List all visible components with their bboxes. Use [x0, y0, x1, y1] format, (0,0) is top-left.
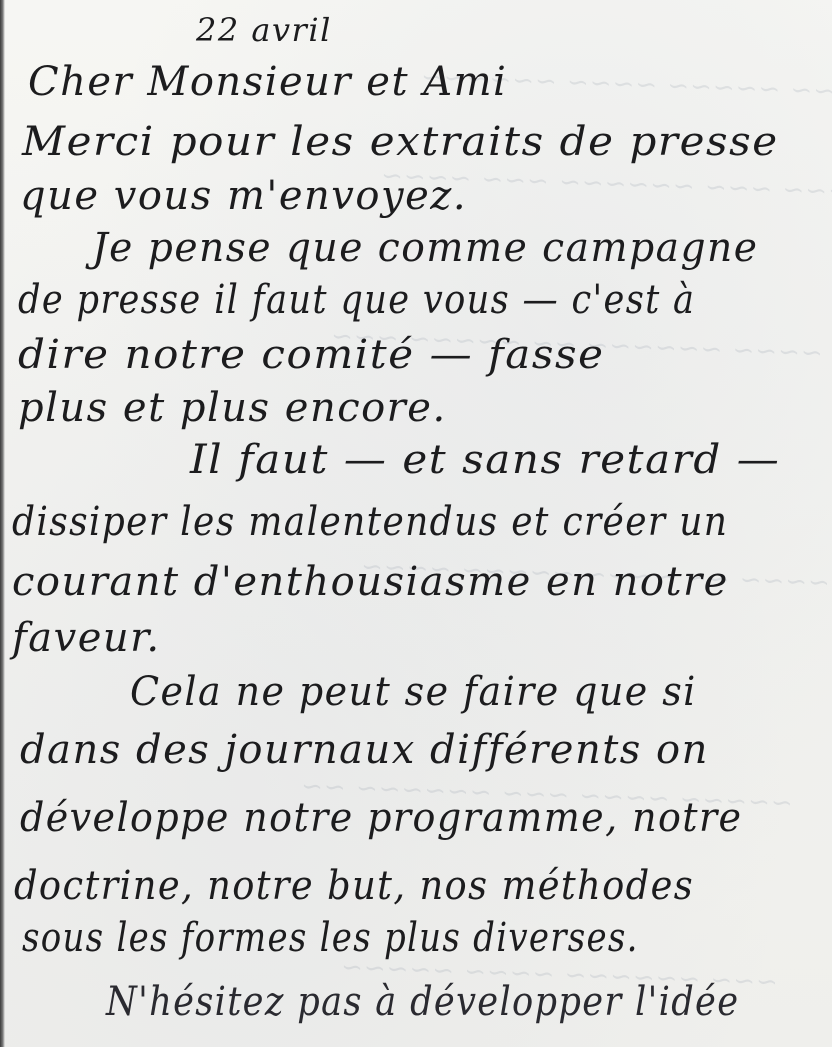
letter-line: plus et plus encore.: [18, 388, 447, 428]
letter-line: dire notre comité — fasse: [18, 335, 605, 375]
letter-line: développe notre programme, notre: [20, 798, 742, 838]
letter-page: ~~~ ~~~~~ ~~~~ ~~~~~~ ~~~~~ ~~~ ~~~~~~ ~…: [0, 0, 832, 1047]
letter-line: N'hésitez pas à développer l'idée: [106, 982, 739, 1022]
letter-date: 22 avril: [196, 14, 332, 46]
letter-line: de presse il faut que vous — c'est à: [18, 280, 695, 320]
letter-line: Cela ne peut se faire que si: [130, 672, 697, 712]
letter-line: courant d'enthousiasme en notre: [12, 562, 729, 602]
letter-line: sous les formes les plus diverses.: [22, 918, 639, 958]
letter-line: Merci pour les extraits de presse: [22, 122, 779, 162]
letter-line: faveur.: [12, 618, 161, 658]
letter-line: doctrine, notre but, nos méthodes: [14, 866, 694, 906]
page-left-edge-shadow: [0, 0, 5, 1047]
letter-line: que vous m'envoyez.: [20, 176, 467, 216]
letter-salutation: Cher Monsieur et Ami: [28, 62, 507, 102]
letter-line: dans des journaux différents on: [20, 730, 709, 770]
letter-line: Je pense que comme campagne: [92, 228, 758, 268]
letter-line: Il faut — et sans retard —: [190, 440, 780, 480]
letter-line: dissiper les malentendus et créer un: [12, 502, 728, 542]
